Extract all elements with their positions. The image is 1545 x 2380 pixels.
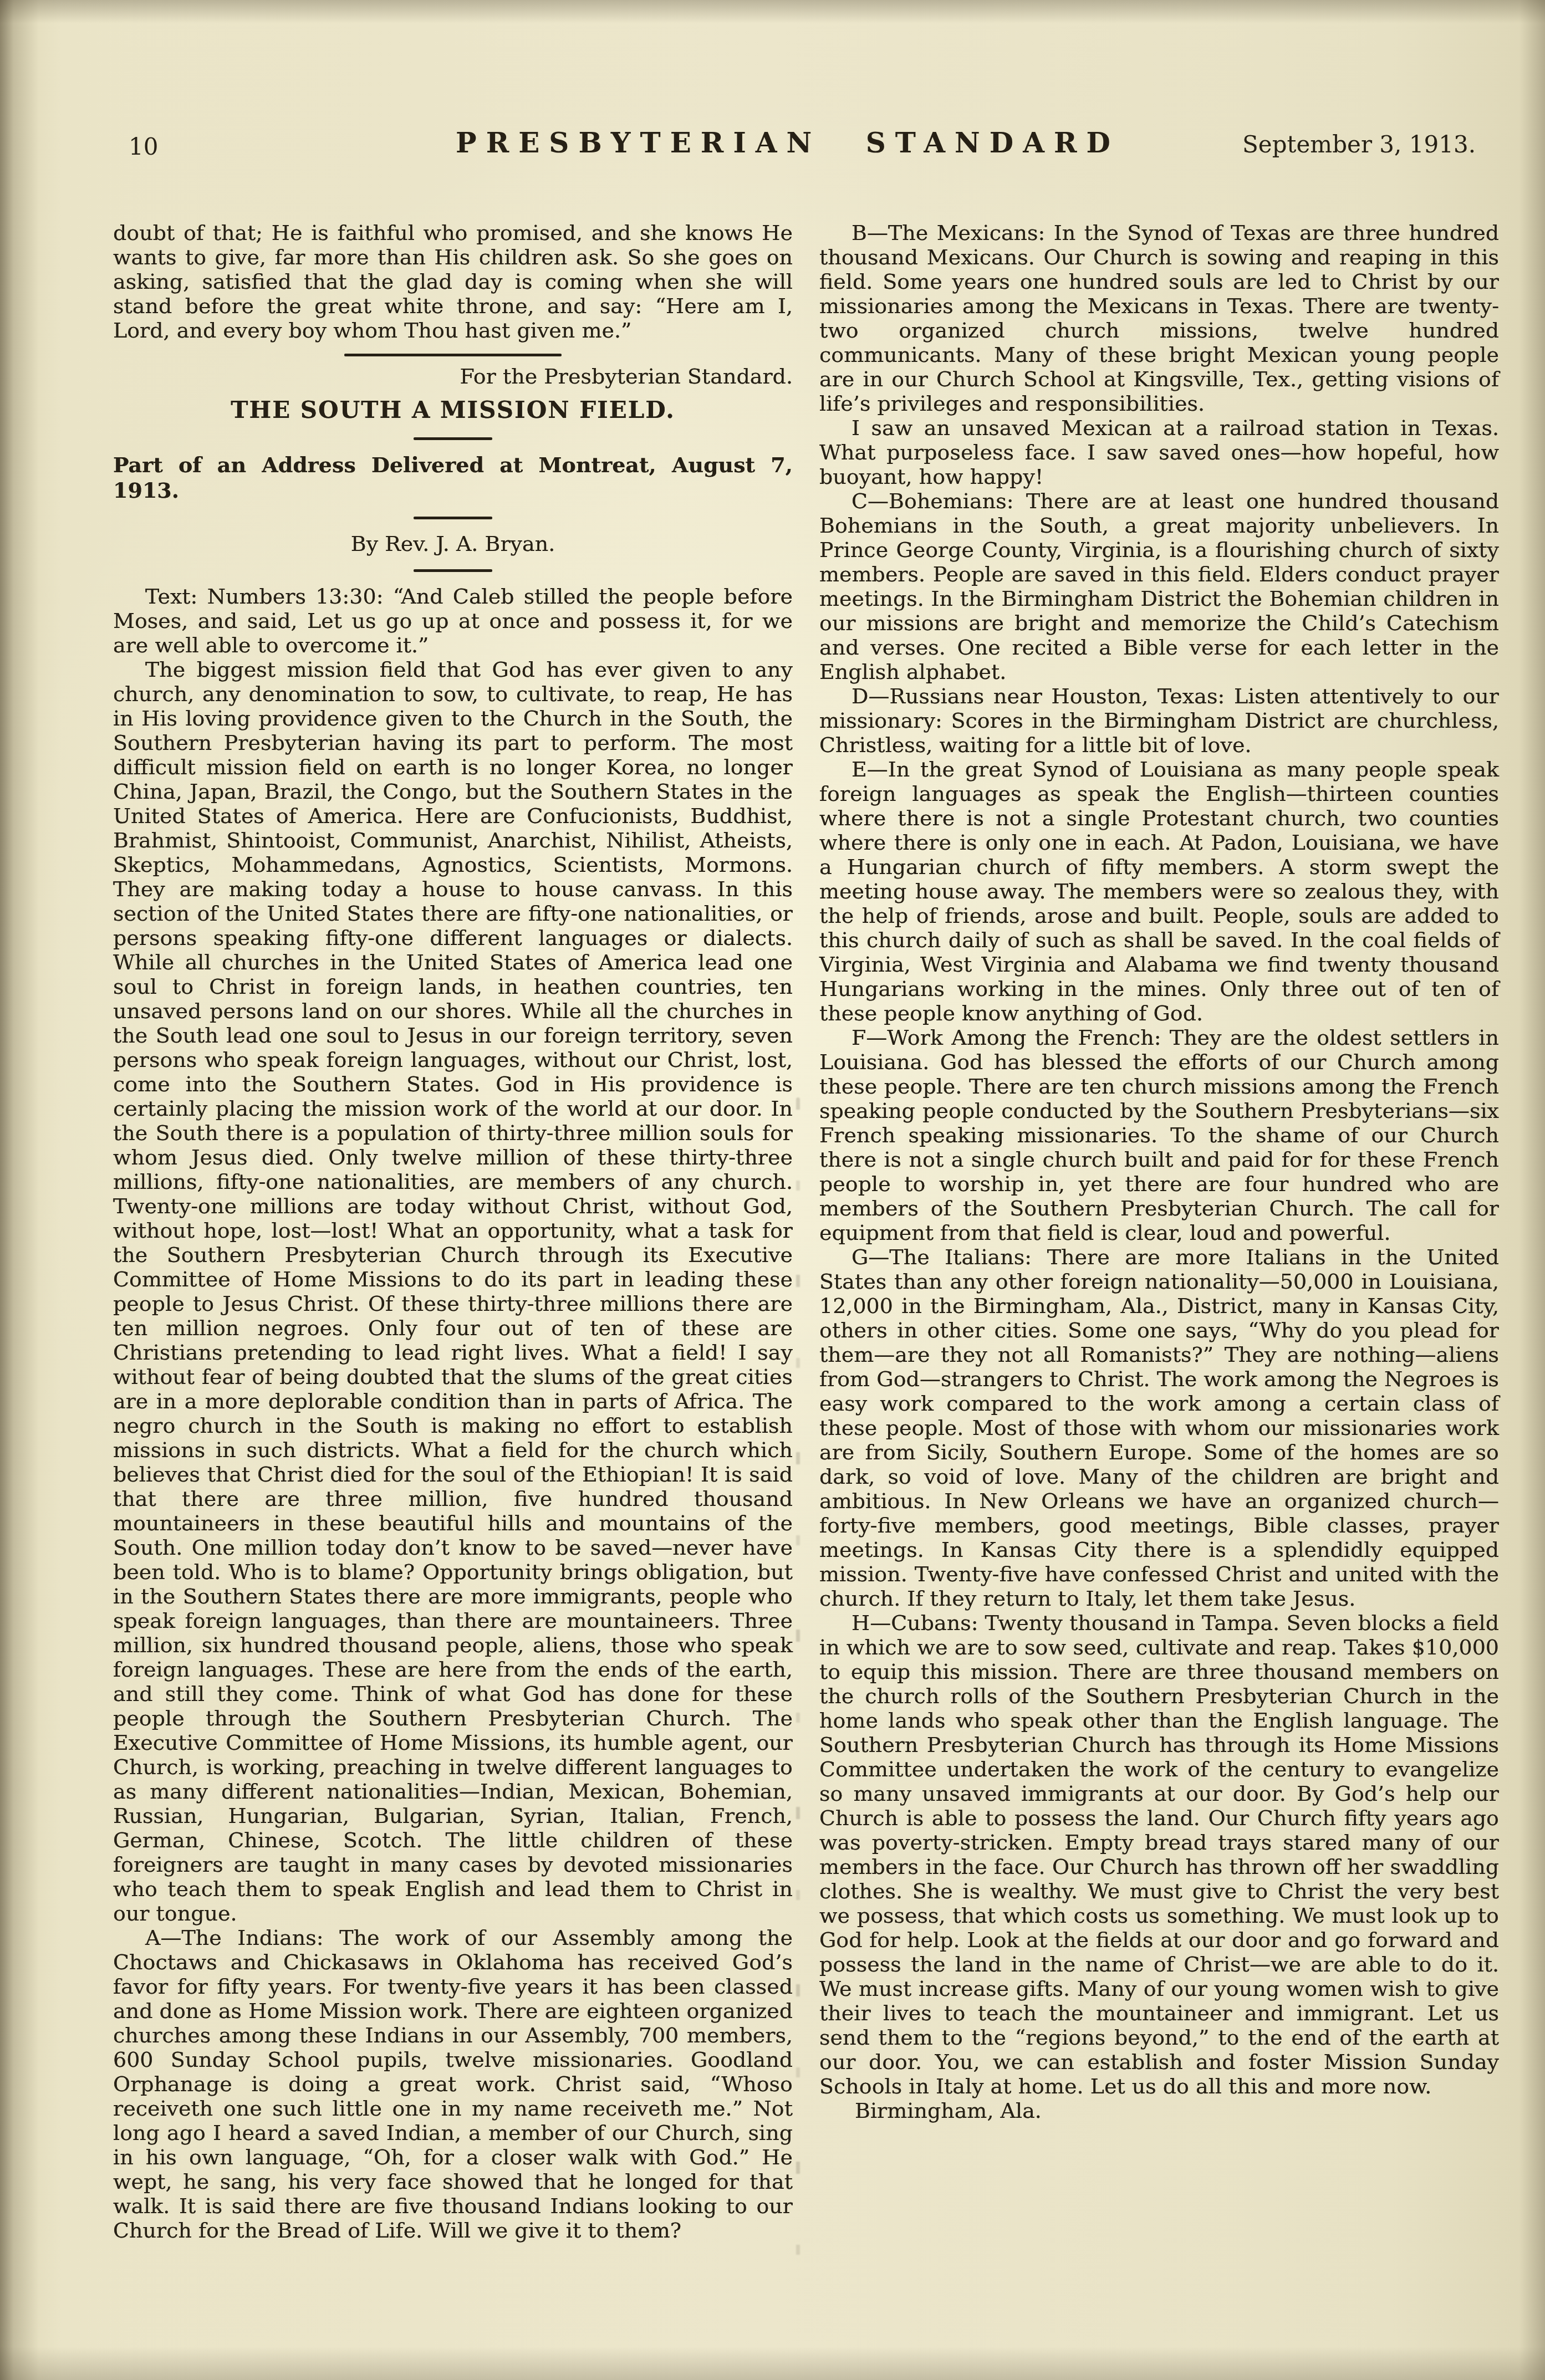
section-d-russians-paragraph: D—Russians near Houston, Texas: Listen a… [819,684,1499,757]
section-b-mexicans-paragraph: B—The Mexicans: In the Synod of Texas ar… [819,221,1499,416]
scan-edge-shadow-bottom [0,2347,1545,2380]
section-h-cubans-paragraph: H—Cubans: Twenty thousand in Tampa. Seve… [819,1611,1499,2098]
left-column: doubt of that; He is faithful who promis… [113,221,793,2243]
section-a-indians-paragraph: A—The Indians: The work of our Assembly … [113,1926,793,2243]
issue-date: September 3, 1913. [1242,131,1476,158]
byline: By Rev. J. A. Bryan. [113,532,793,556]
scan-gutter-artifact [796,1097,800,2284]
scan-edge-shadow-top [0,0,1545,23]
section-divider-rule [344,354,562,356]
section-e-louisiana-paragraph: E—In the great Synod of Louisiana as man… [819,757,1499,1025]
divider-rule [414,437,492,440]
section-c-bohemians-paragraph: C—Bohemians: There are at least one hund… [819,489,1499,684]
unsaved-mexican-paragraph: I saw an unsaved Mexican at a railroad s… [819,416,1499,489]
section-f-french-paragraph: F—Work Among the French: They are the ol… [819,1025,1499,1245]
divider-rule [414,517,492,519]
newspaper-page: 10 PRESBYTERIAN STANDARD September 3, 19… [0,0,1545,2380]
scan-edge-shadow-left [0,0,39,2380]
continuation-paragraph: doubt of that; He is faithful who promis… [113,221,793,343]
credit-line: For the Presbyterian Standard. [113,364,793,389]
signature-location: Birmingham, Ala. [819,2098,1499,2123]
section-g-italians-paragraph: G—The Italians: There are more Italians … [819,1245,1499,1611]
body-paragraph: The biggest mission field that God has e… [113,657,793,1926]
article-title: THE SOUTH A MISSION FIELD. [113,396,793,424]
right-column: B—The Mexicans: In the Synod of Texas ar… [819,221,1499,2123]
page-header: 10 PRESBYTERIAN STANDARD September 3, 19… [100,126,1476,176]
scan-edge-shadow-right [1519,0,1545,2380]
article-subtitle: Part of an Address Delivered at Montreat… [113,452,793,503]
scripture-text-paragraph: Text: Numbers 13:30: “And Caleb stilled … [113,584,793,657]
divider-rule [414,569,492,572]
